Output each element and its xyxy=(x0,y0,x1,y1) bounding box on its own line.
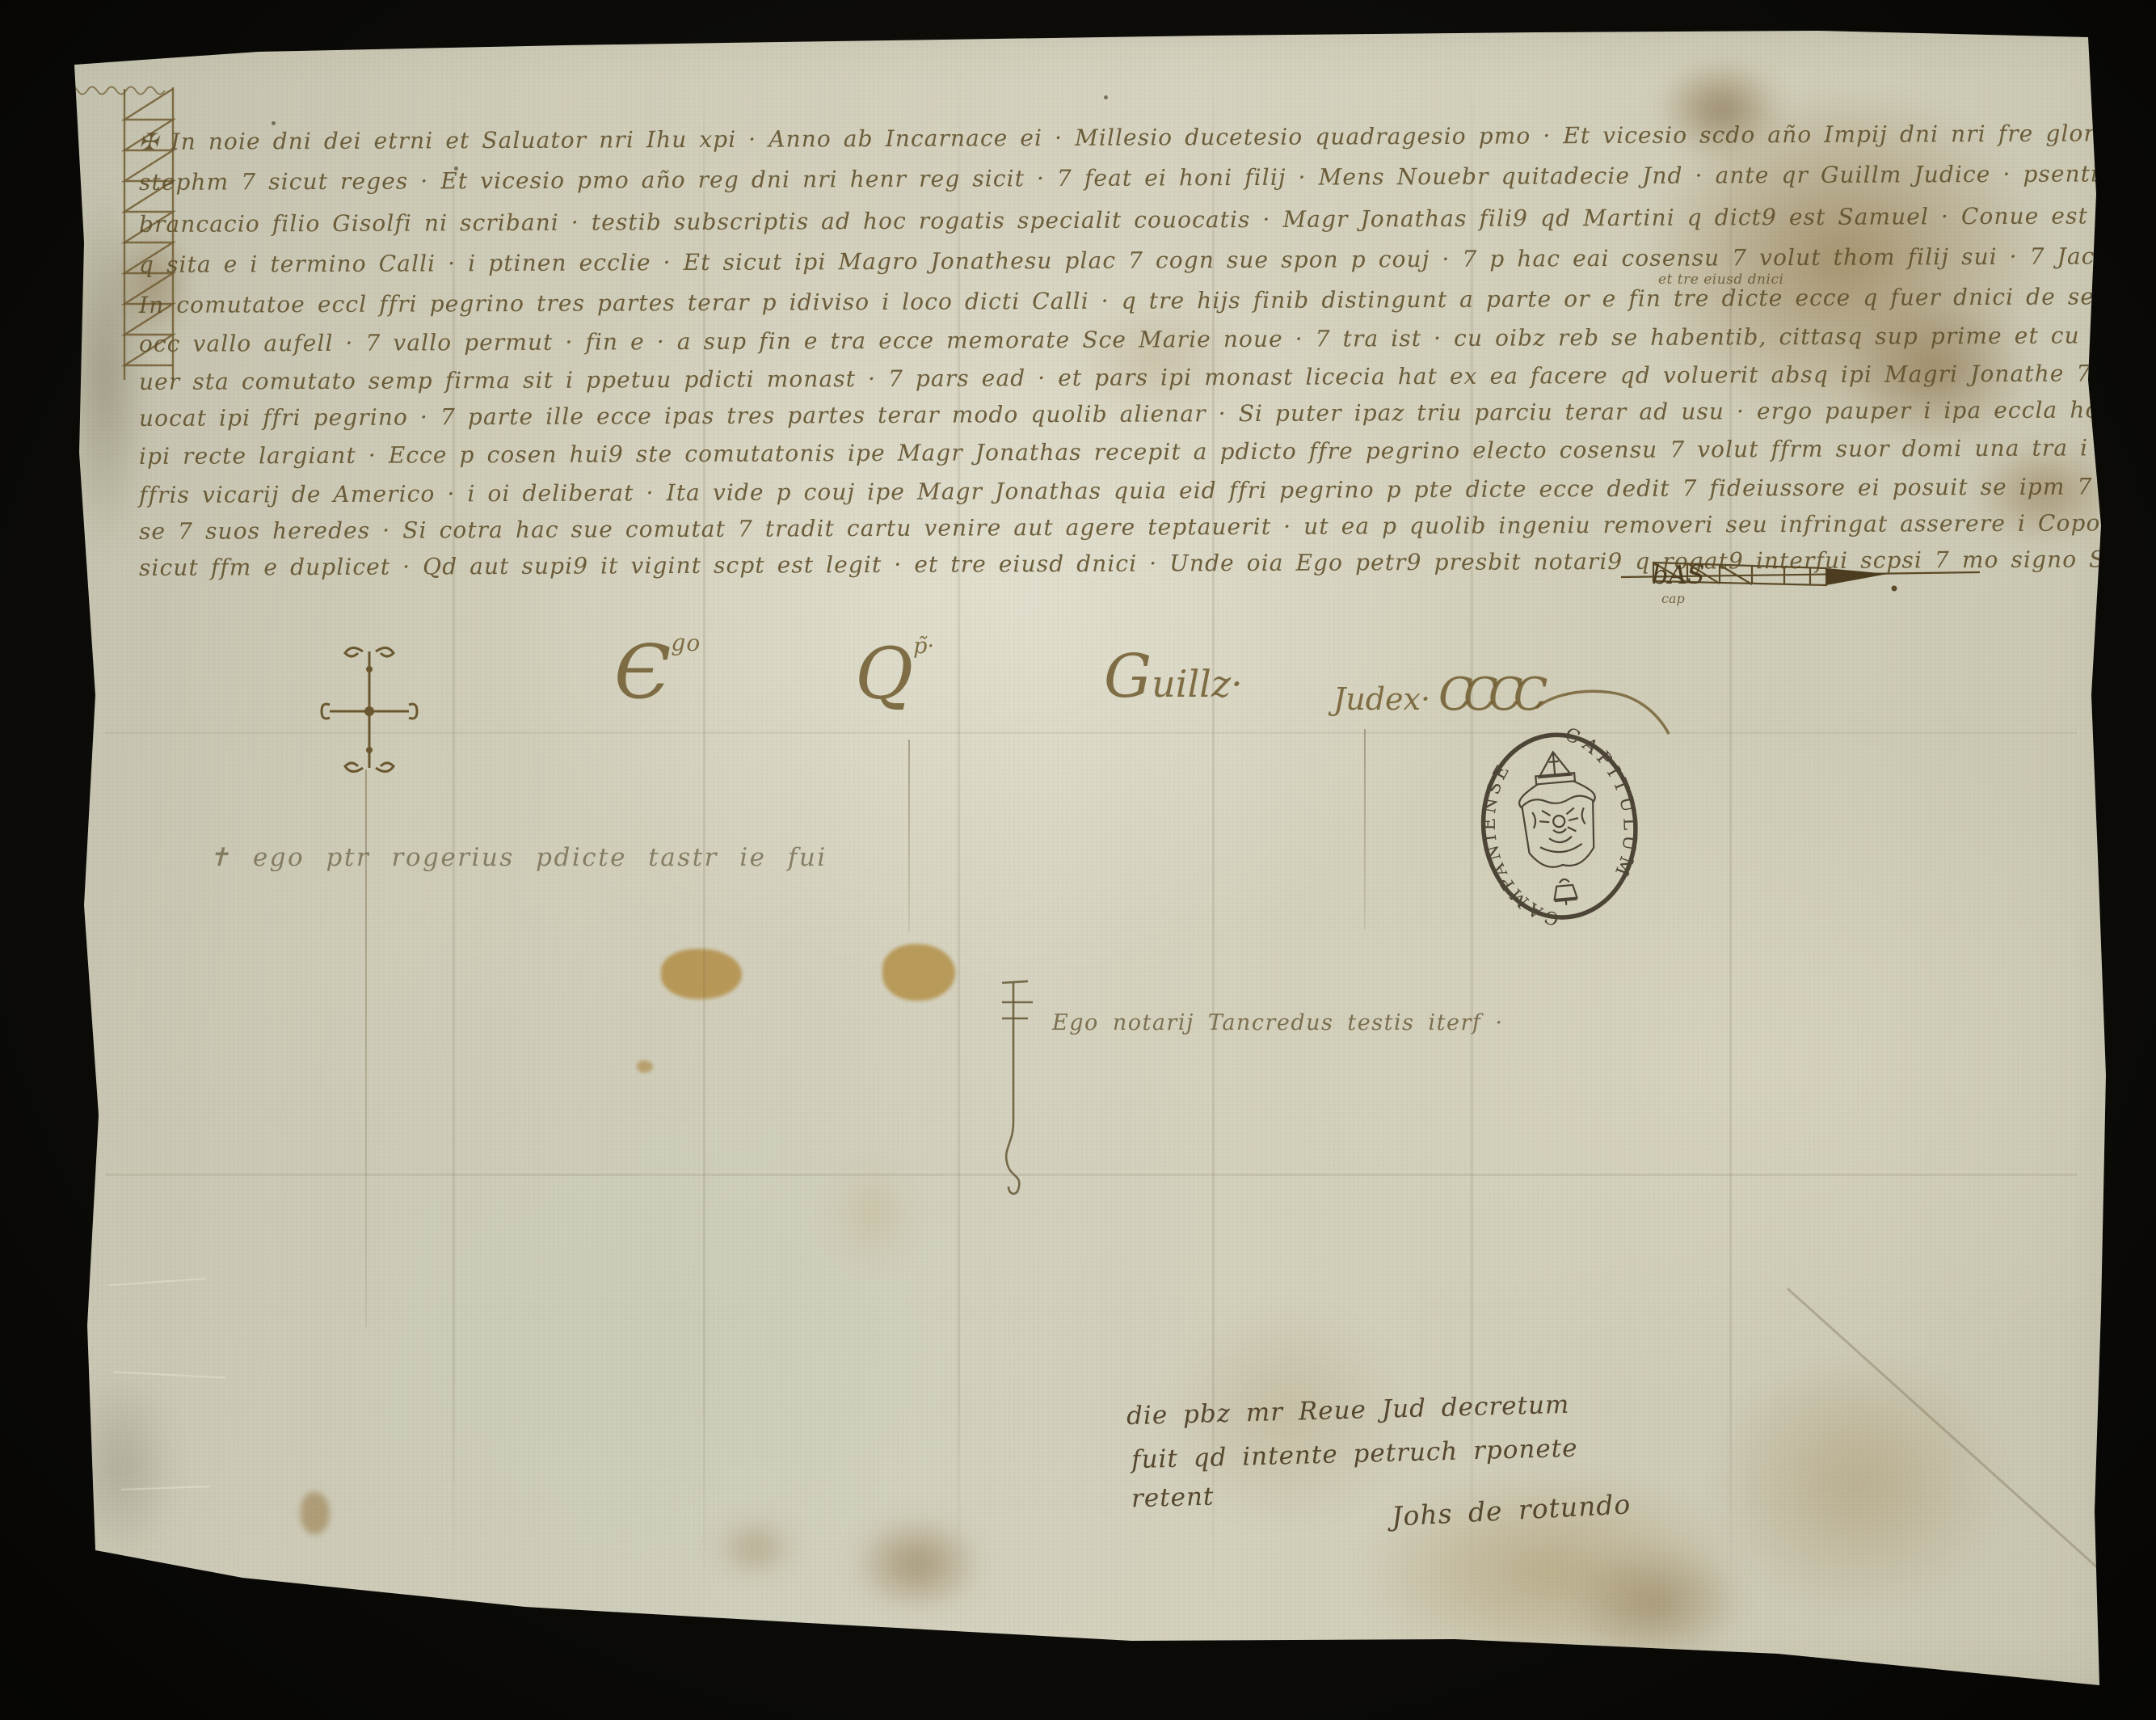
photo-background: ʕ ʒ ✠ In noie dni dei etrni et Saluator … xyxy=(0,0,2156,1720)
pen-trial-marks: ʕ ʒ xyxy=(966,11,1064,36)
parchment-edge-shading xyxy=(0,0,2156,1720)
parchment-sheet: ʕ ʒ ✠ In noie dni dei etrni et Saluator … xyxy=(0,0,2156,1720)
